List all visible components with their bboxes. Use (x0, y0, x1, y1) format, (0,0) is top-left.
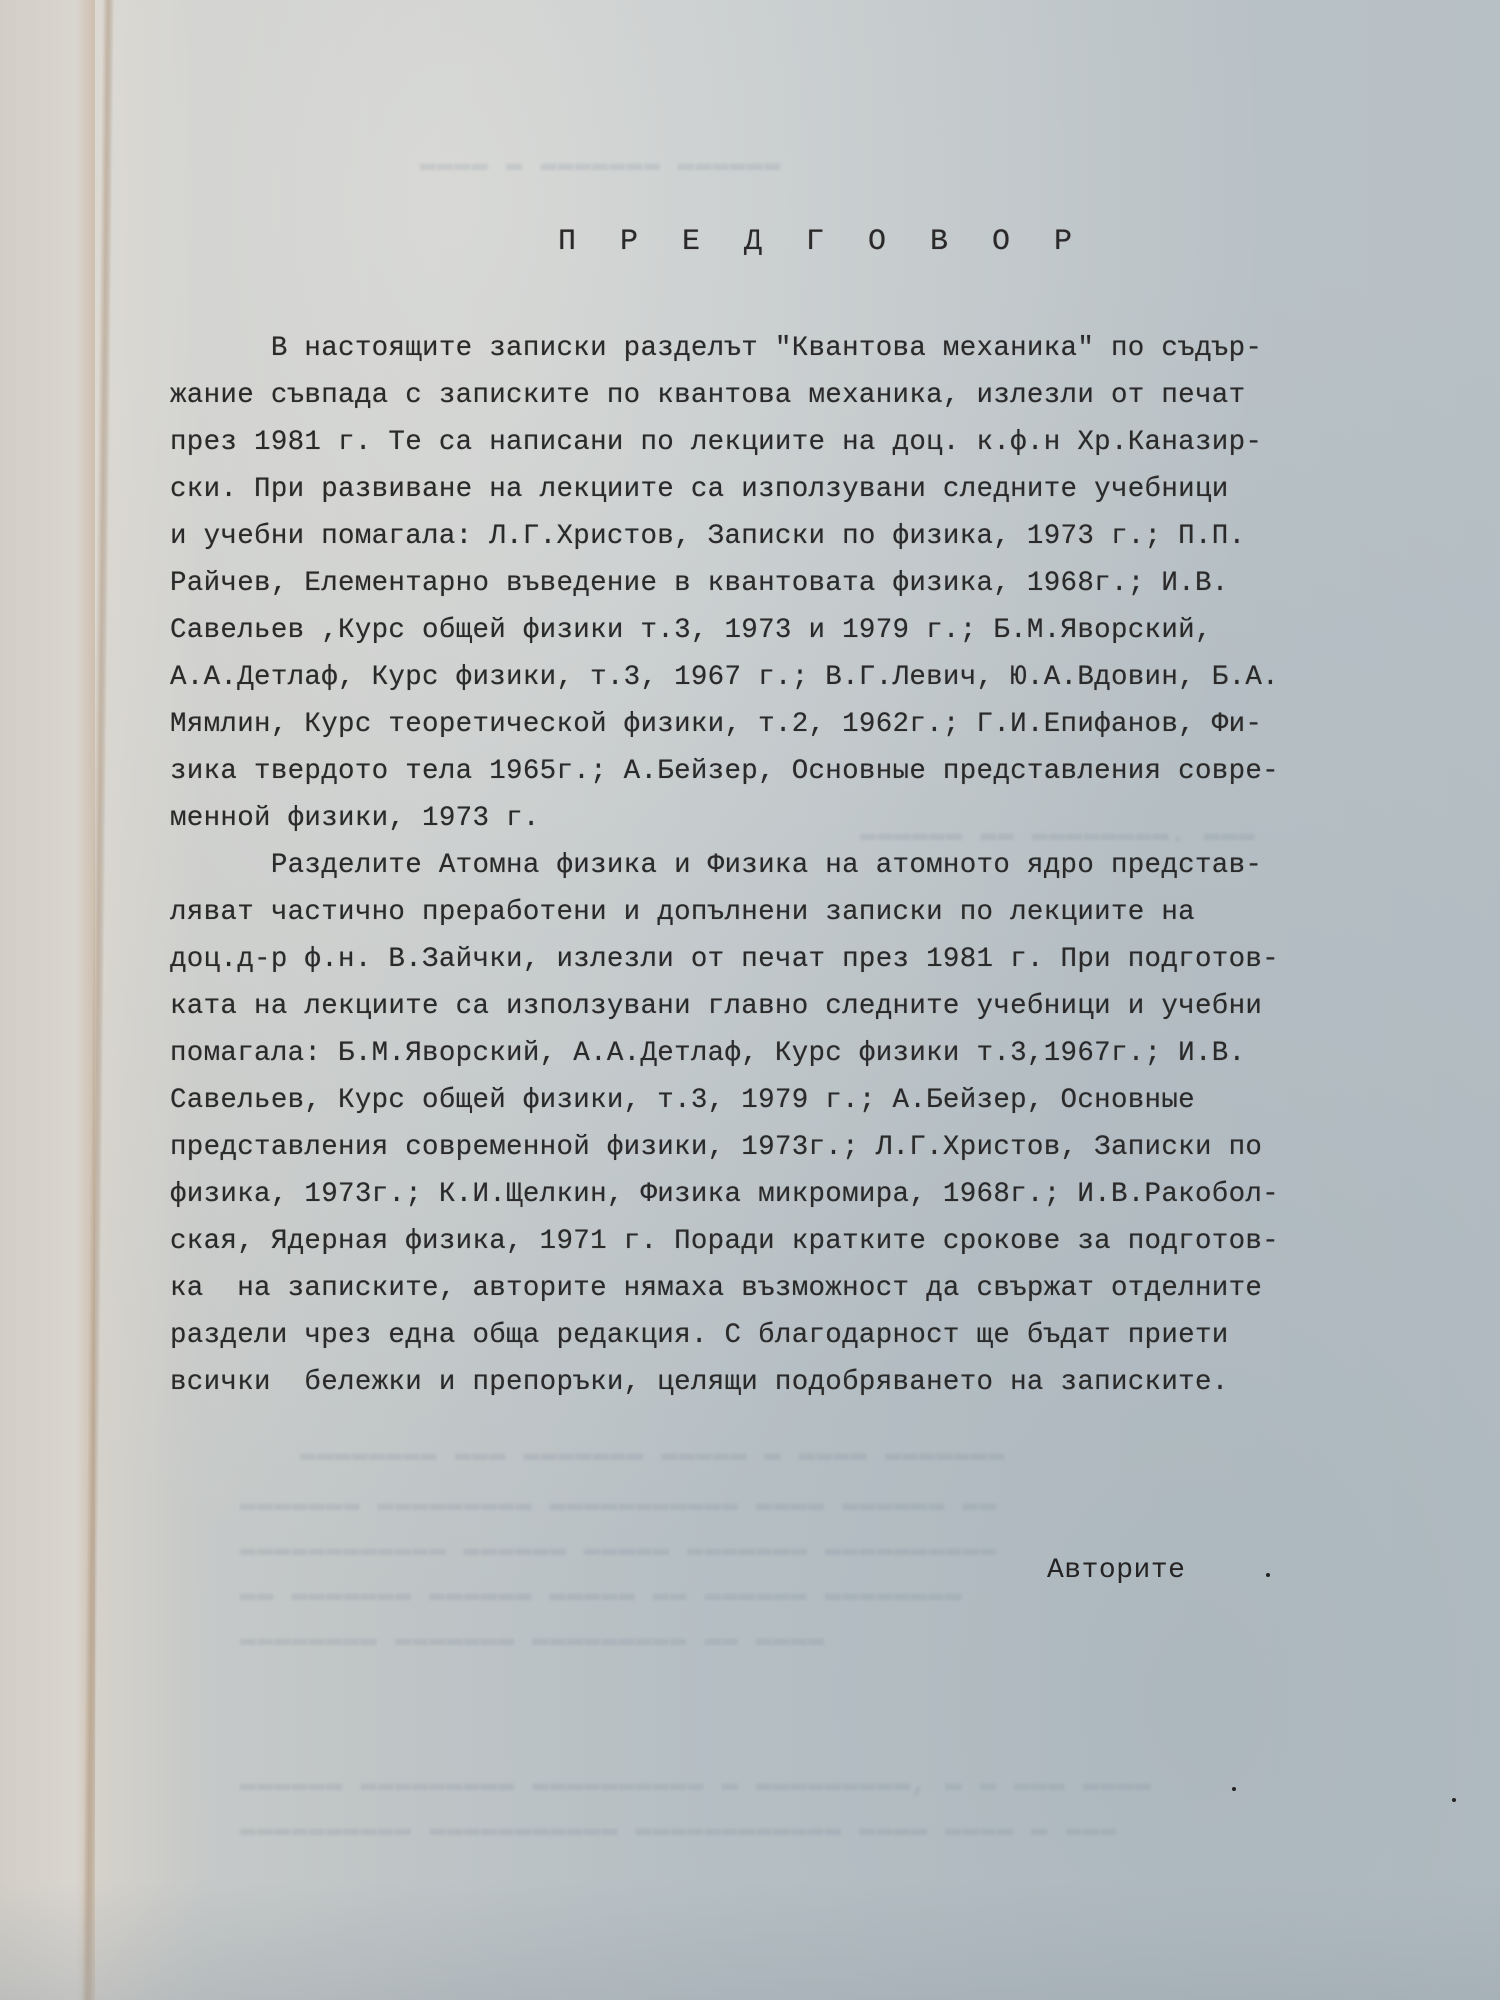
text-line: раздели чрез една обща редакция. С благо… (170, 1320, 1229, 1351)
text-line: ская, Ядерная физика, 1971 г. Поради кра… (170, 1226, 1279, 1257)
text-line: физика, 1973г.; К.И.Щелкин, Физика микро… (170, 1179, 1279, 1210)
text-line: Савельев, Курс общей физики, т.3, 1979 г… (170, 1085, 1195, 1116)
text-line: жание съвпада с записките по квантова ме… (170, 380, 1245, 411)
text-line: Райчев, Елементарно въведение в квантова… (170, 568, 1229, 599)
bleed-through-text: ▬▬▬▬▬▬▬▬▬▬ ▬▬▬▬▬▬▬▬▬▬▬ ▬▬▬▬▬▬▬▬▬▬▬▬ ▬▬▬▬… (240, 1815, 1117, 1845)
bleed-through-text: ▬▬▬▬▬▬▬▬ ▬▬▬ ▬▬▬▬▬▬▬ ▬▬▬▬▬ ▬ ▬▬▬▬ ▬▬▬▬▬▬… (300, 1440, 1005, 1470)
text-line: зика твердото тела 1965г.; А.Бейзер, Осн… (170, 756, 1279, 787)
signature-authors: Авторите (1047, 1555, 1185, 1586)
text-line: доц.д-р ф.н. В.Зайчки, излезли от печат … (170, 944, 1279, 975)
bleed-through-text: ▬▬▬▬ ▬ ▬▬▬▬▬▬▬ ▬▬▬▬▬▬ (420, 150, 781, 180)
facing-page-edge (0, 0, 95, 2000)
text-line: всички бележки и препоръки, целящи подоб… (170, 1367, 1229, 1398)
bleed-through-text: ▬▬▬▬▬▬▬▬▬▬▬▬ ▬▬▬▬▬▬ ▬▬▬▬▬ ▬▬▬▬▬▬▬ ▬▬▬▬▬▬… (240, 1535, 997, 1565)
bleed-through-text: ▬▬▬▬▬▬ ▬▬▬▬▬▬▬▬▬ ▬▬▬▬▬▬▬▬▬▬ ▬ ▬▬▬▬▬▬▬▬▬,… (240, 1770, 1152, 1800)
text-line: менной физики, 1973 г. (170, 803, 540, 834)
ink-speck (1452, 1798, 1456, 1802)
text-line: представления современной физики, 1973г.… (170, 1132, 1262, 1163)
text-line: Савельев ,Курс общей физики т.3, 1973 и … (170, 615, 1212, 646)
bleed-through-text: ▬▬▬▬▬▬▬▬ ▬▬▬▬▬▬▬ ▬▬▬▬▬▬▬▬▬ ▬▬ ▬▬▬▬ (240, 1625, 825, 1655)
text-line: и учебни помагала: Л.Г.Христов, Записки … (170, 521, 1245, 552)
text-line: Разделите Атомна физика и Физика на атом… (170, 850, 1262, 881)
text-line: В настоящите записки разделът "Квантова … (170, 333, 1262, 364)
page-bottom-shadow (0, 1880, 1500, 2000)
text-line: помагала: Б.М.Яворский, А.А.Детлаф, Курс… (170, 1038, 1245, 1069)
bleed-through-text: ▬▬ ▬▬▬▬▬▬▬ ▬▬▬▬▬▬ ▬▬▬▬▬ ▬▬ ▬▬▬▬▬▬ ▬▬▬▬▬▬… (240, 1580, 963, 1610)
text-line: ляват частично преработени и допълнени з… (170, 897, 1195, 928)
document-title: П Р Е Д Г О В О Р (558, 225, 1085, 259)
text-line: А.А.Детлаф, Курс физики, т.3, 1967 г.; В… (170, 662, 1279, 693)
bleed-through-text: ▬▬▬▬▬▬ ▬▬ ▬▬▬▬▬▬▬▬. ▬▬▬ (860, 820, 1256, 850)
text-line: Мямлин, Курс теоретической физики, т.2, … (170, 709, 1262, 740)
bleed-through-text: ▬▬▬▬▬▬▬ ▬▬▬▬▬▬▬▬▬ ▬▬▬▬▬▬▬▬▬▬▬ ▬▬▬▬ ▬▬▬▬▬… (240, 1490, 997, 1520)
text-line: през 1981 г. Те са написани по лекциите … (170, 427, 1262, 458)
text-line: ка на записките, авторите нямаха възможн… (170, 1273, 1262, 1304)
text-line: ката на лекциите са използувани главно с… (170, 991, 1262, 1022)
ink-speck (1232, 1787, 1236, 1791)
ink-speck (1266, 1573, 1270, 1577)
text-line: ски. При развиване на лекциите са използ… (170, 474, 1229, 505)
